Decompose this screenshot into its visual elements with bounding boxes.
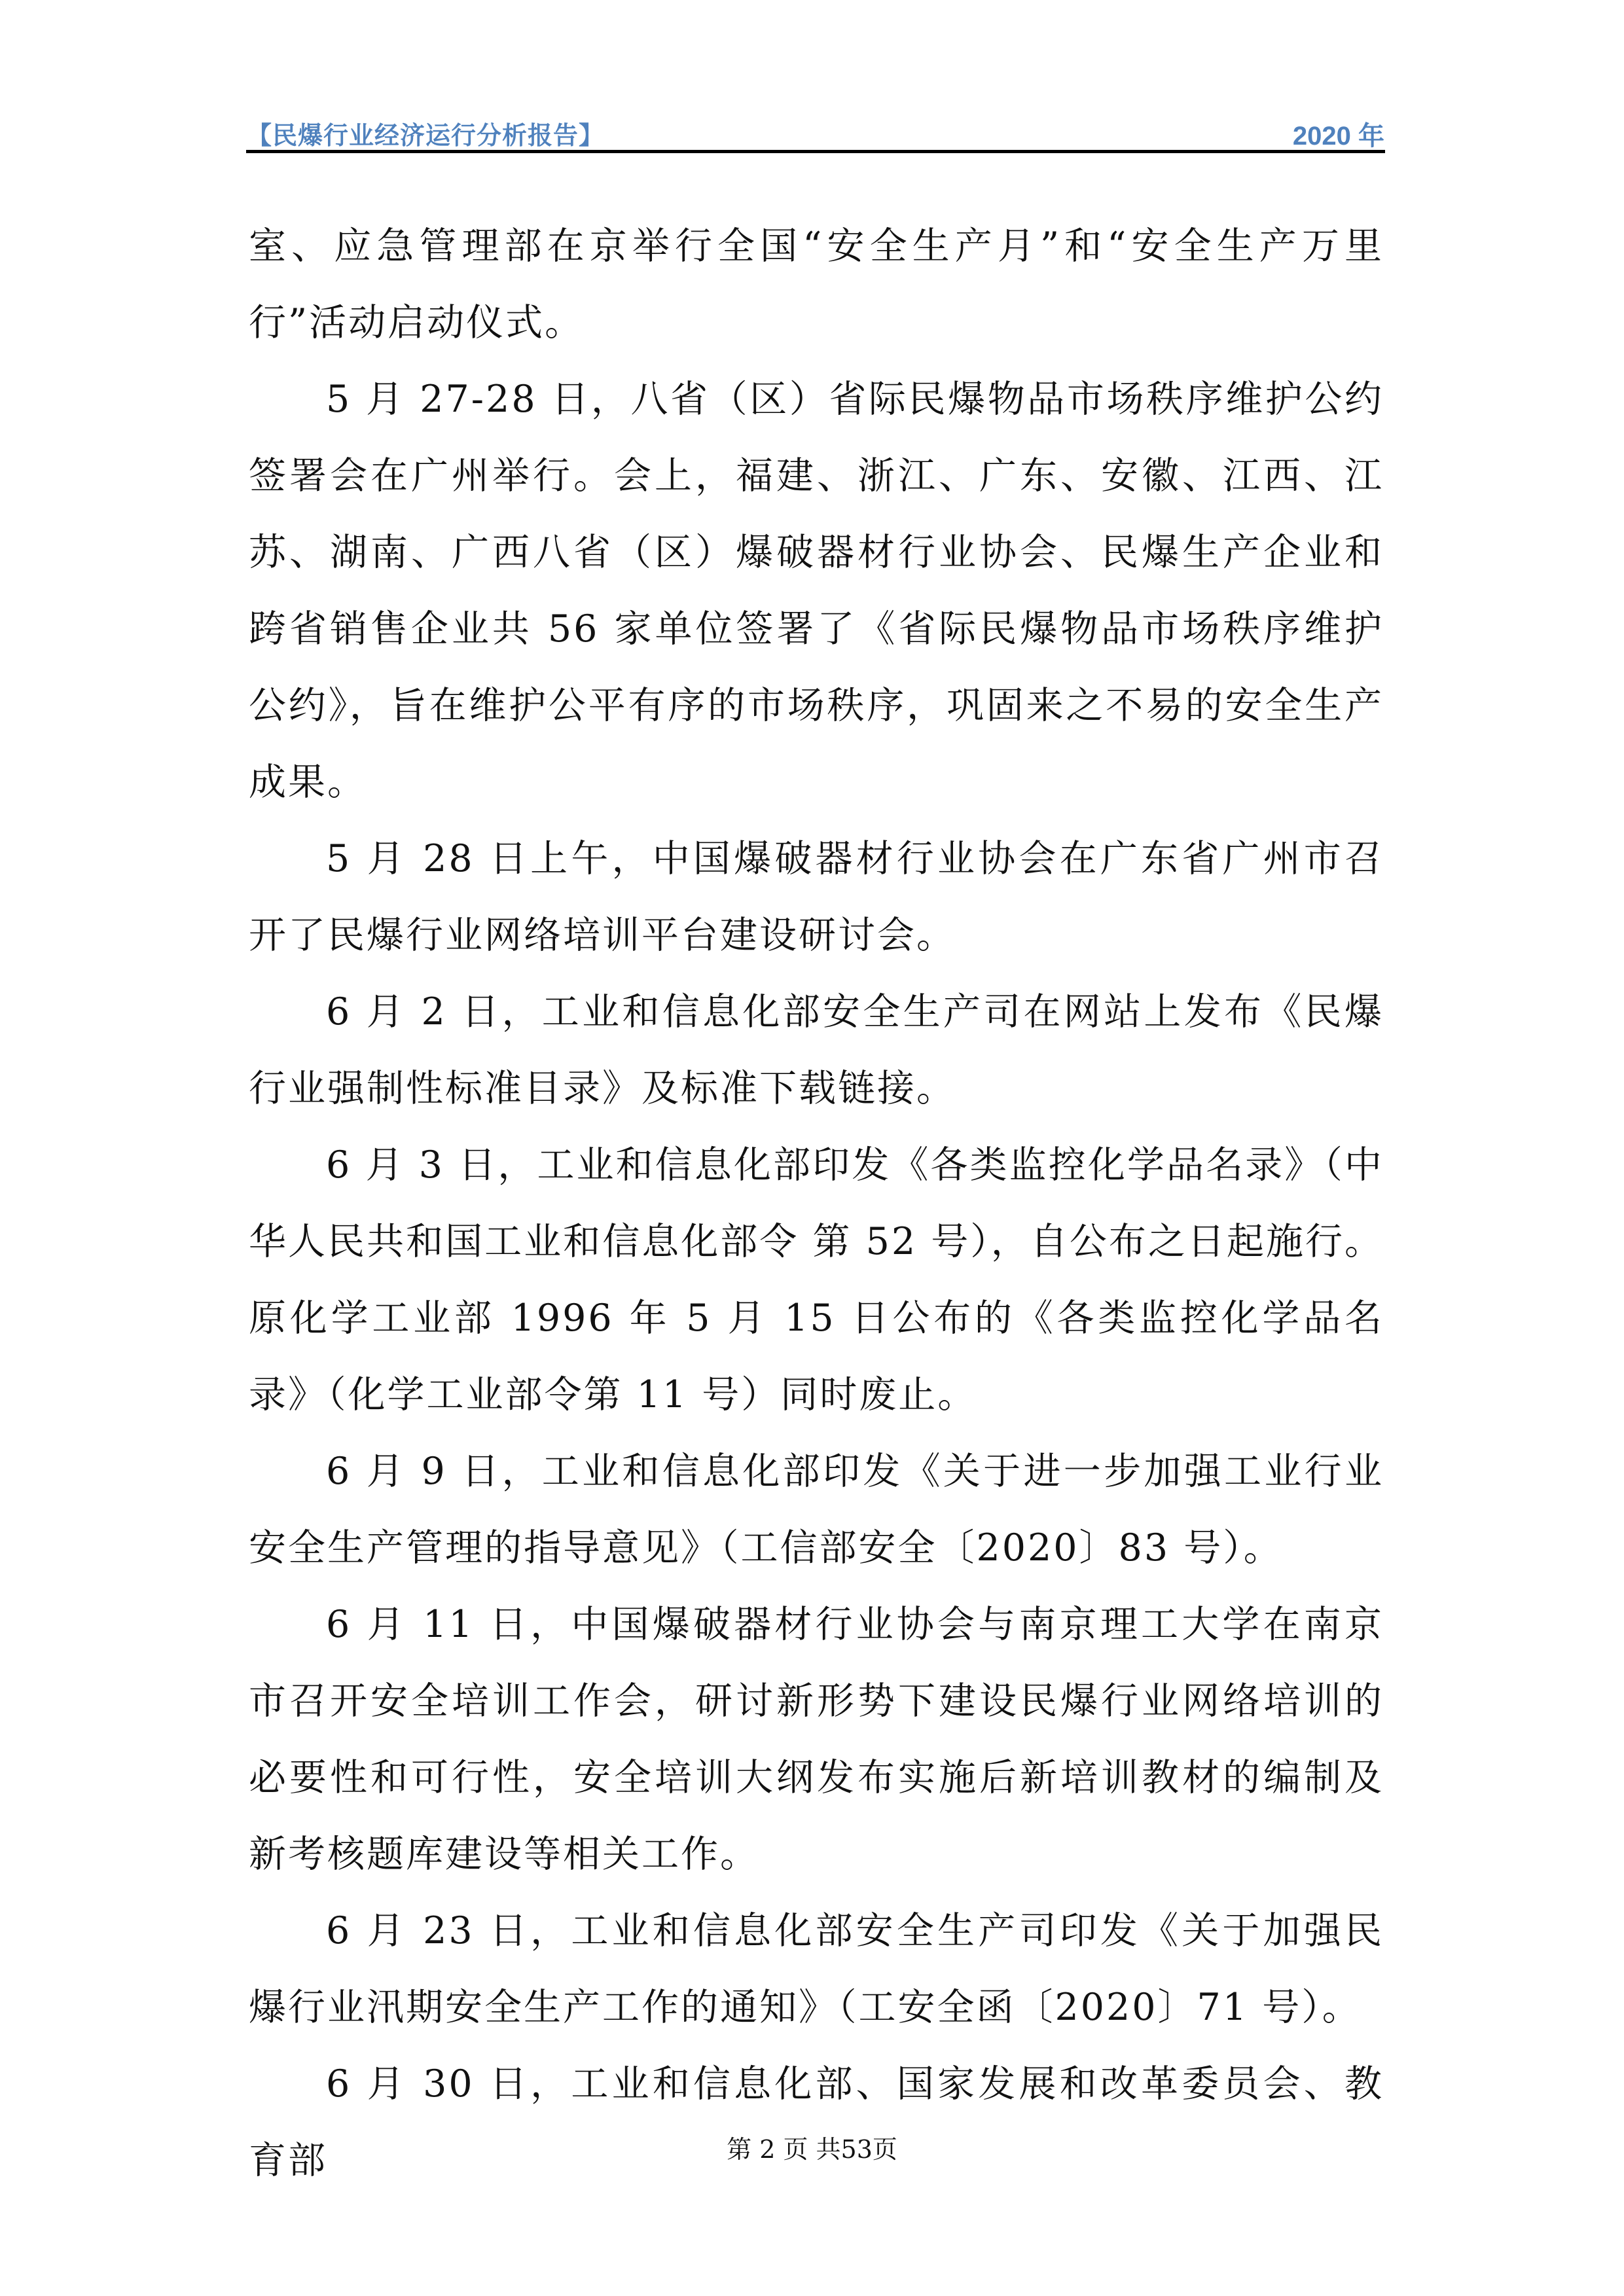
paragraph-may-28: 5 月 28 日上午，中国爆破器材行业协会在广东省广州市召开了民爆行业网络培训平… [249,821,1384,974]
report-year: 2020 年 [1293,115,1384,152]
paragraph-june-23: 6 月 23 日，工业和信息化部安全生产司印发《关于加强民爆行业汛期安全生产工作… [249,1893,1384,2046]
header-divider [246,150,1385,153]
paragraph-june-30: 6 月 30 日，工业和信息化部、国家发展和改革委员会、教育部 [249,2046,1384,2199]
paragraph-june-11: 6 月 11 日，中国爆破器材行业协会与南京理工大学在南京市召开安全培训工作会，… [249,1587,1384,1893]
paragraph-june-2: 6 月 2 日，工业和信息化部安全生产司在网站上发布《民爆行业强制性标准目录》及… [249,974,1384,1127]
paragraph-june-9: 6 月 9 日，工业和信息化部印发《关于进一步加强工业行业安全生产管理的指导意见… [249,1433,1384,1587]
document-body: 室、应急管理部在京举行全国“安全生产月”和“安全生产万里行”活动启动仪式。 5 … [249,208,1384,2199]
page-header: 【民爆行业经济运行分析报告】 2020 年 [247,110,1384,156]
paragraph-continuation: 室、应急管理部在京举行全国“安全生产月”和“安全生产万里行”活动启动仪式。 [249,208,1384,361]
paragraph-may-27-28: 5 月 27-28 日，八省（区）省际民爆物品市场秩序维护公约签署会在广州举行。… [249,361,1384,821]
page-number: 第 2 页 共53页 [0,2129,1624,2165]
report-title: 【民爆行业经济运行分析报告】 [247,115,604,151]
paragraph-june-3: 6 月 3 日，工业和信息化部印发《各类监控化学品名录》（中华人民共和国工业和信… [249,1127,1384,1433]
